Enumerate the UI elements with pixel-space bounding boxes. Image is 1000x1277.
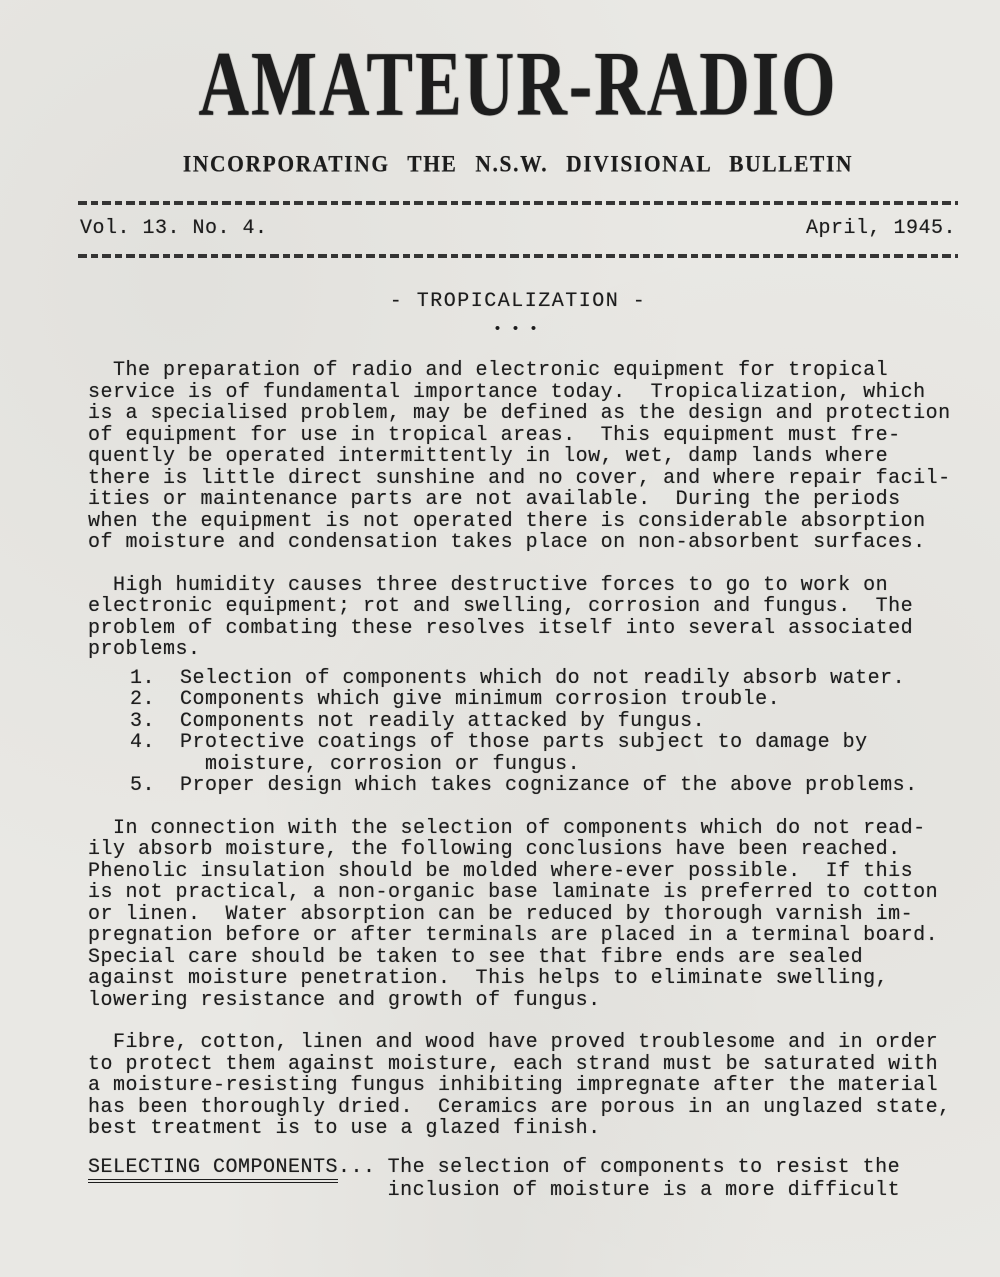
issue-volume: Vol. 13. No. 4. xyxy=(80,217,268,240)
problems-list: 1. Selection of components which do not … xyxy=(130,668,958,797)
list-item: 4. Protective coatings of those parts su… xyxy=(130,732,958,775)
paragraph-high-humidity: High humidity causes three destructive f… xyxy=(88,575,958,661)
list-item: 5. Proper design which takes cognizance … xyxy=(130,775,958,797)
selecting-components-section: SELECTING COMPONENTS... The selection of… xyxy=(88,1156,958,1202)
selecting-components-heading: SELECTING COMPONENTS... xyxy=(88,1156,376,1179)
newsletter-page: AMATEUR-RADIO INCORPORATING THE N.S.W. D… xyxy=(0,0,1000,1277)
paragraph-tropical-preparation: The preparation of radio and electronic … xyxy=(88,360,958,554)
heading-ornament-dots: ••• xyxy=(82,321,958,338)
selecting-components-label: SELECTING COMPONENTS xyxy=(88,1156,338,1183)
issue-info-row: Vol. 13. No. 4. April, 1945. xyxy=(78,205,958,254)
dashed-rule-top xyxy=(78,201,958,205)
list-item: 2. Components which give minimum corrosi… xyxy=(130,689,958,711)
masthead: AMATEUR-RADIO INCORPORATING THE N.S.W. D… xyxy=(78,0,958,177)
dashed-rule-bottom xyxy=(78,254,958,258)
list-item: 1. Selection of components which do not … xyxy=(130,668,958,690)
issue-date: April, 1945. xyxy=(806,217,956,240)
article: - TROPICALIZATION - ••• The preparation … xyxy=(78,290,958,1202)
selecting-components-text: The selection of components to resist th… xyxy=(388,1156,901,1202)
selecting-components-ellipsis: ... xyxy=(338,1156,376,1179)
paragraph-component-selection: In connection with the selection of comp… xyxy=(88,818,958,1012)
list-item: 3. Components not readily attacked by fu… xyxy=(130,711,958,733)
paragraph-fibre-cotton: Fibre, cotton, linen and wood have prove… xyxy=(88,1032,958,1140)
article-heading: - TROPICALIZATION - xyxy=(78,290,958,313)
masthead-subtitle: INCORPORATING THE N.S.W. DIVISIONAL BULL… xyxy=(78,151,958,178)
masthead-title: AMATEUR-RADIO xyxy=(78,34,958,137)
